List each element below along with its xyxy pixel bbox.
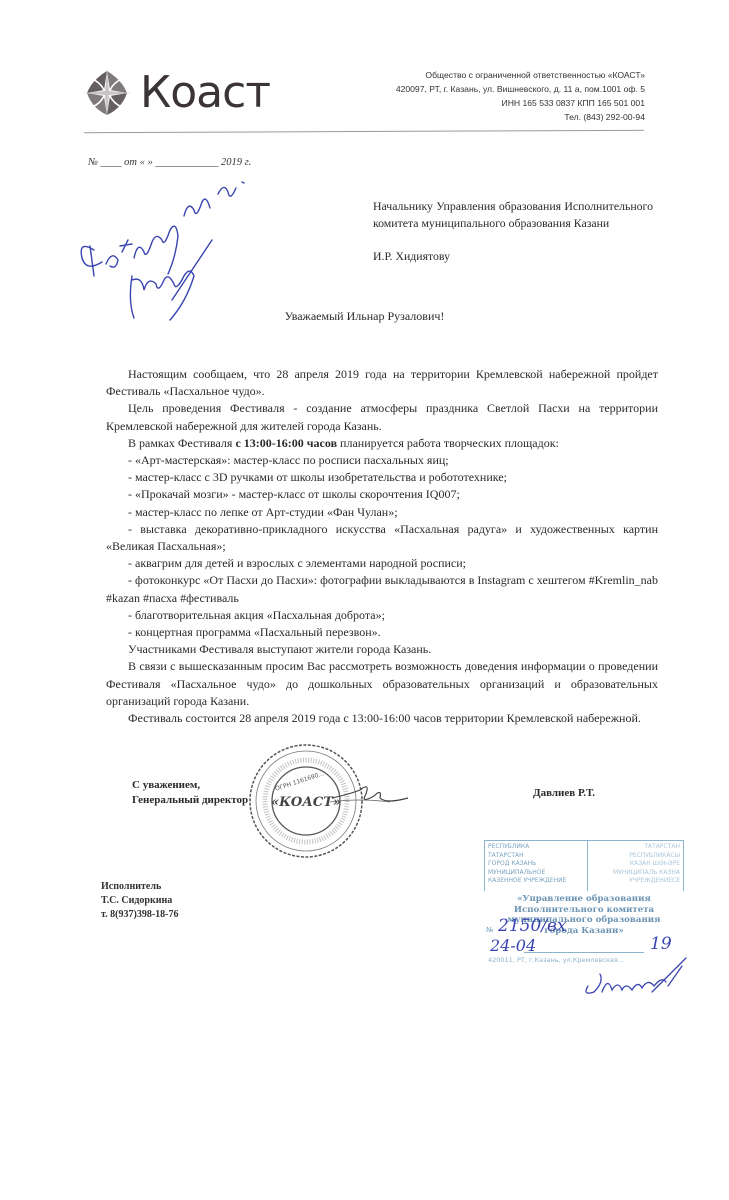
company-phone: Тел. (843) 292-00-94 — [396, 110, 645, 124]
reference-number-line: № ____ от « » ____________ 2019 г. — [88, 157, 251, 168]
addressee-position: Начальнику Управления образования Исполн… — [373, 198, 653, 232]
body-paragraph-schedule: В рамках Фестиваля с 13:00-16:00 часов п… — [106, 435, 658, 452]
body-paragraph: Цель проведения Фестиваля - создание атм… — [106, 400, 658, 434]
director-signature — [330, 780, 410, 810]
registration-stamp: РЕСПУБЛИКА ТАТАРСТАН ГОРОД КАЗАНЬ МУНИЦИ… — [484, 840, 684, 968]
company-tax-ids: ИНН 165 533 0837 КПП 165 501 001 — [396, 96, 645, 110]
list-item: - выставка декоративно-прикладного искус… — [106, 521, 658, 555]
list-item: - мастер-класс с 3D ручками от школы изо… — [106, 469, 658, 486]
stamp-left-column: РЕСПУБЛИКА ТАТАРСТАН ГОРОД КАЗАНЬ МУНИЦИ… — [485, 841, 588, 891]
company-details: Общество с ограниченной ответственностью… — [396, 68, 645, 124]
executor-name: Т.С. Сидоркина — [101, 894, 178, 908]
schedule-prefix: В рамках Фестиваля — [128, 436, 235, 450]
stamp-number-label: № — [486, 926, 493, 934]
receiver-signature-icon — [582, 952, 692, 1002]
body-paragraph: Настоящим сообщаем, что 28 апреля 2019 г… — [106, 366, 658, 400]
list-item: - «Арт-мастерская»: мастер-класс по росп… — [106, 452, 658, 469]
body-paragraph: Фестиваль состоится 28 апреля 2019 года … — [106, 710, 658, 727]
list-item: - мастер-класс по лепке от Арт-студии «Ф… — [106, 504, 658, 521]
executor-label: Исполнитель — [101, 880, 178, 894]
signer-name: Давлиев Р.Т. — [533, 787, 595, 799]
koast-diamond-logo-icon — [82, 68, 132, 118]
letterhead-divider — [84, 130, 644, 133]
body-paragraph: В связи с вышесказанным просим Вас рассм… — [106, 658, 658, 710]
addressee-block: Начальнику Управления образования Исполн… — [373, 198, 653, 265]
company-logo: Коаст — [82, 68, 270, 118]
logo-wordmark: Коаст — [140, 68, 270, 118]
schedule-suffix: планируется работа творческих площадок: — [337, 436, 559, 450]
executor-phone: т. 8(937)398-18-76 — [101, 908, 178, 922]
company-name: Общество с ограниченной ответственностью… — [396, 68, 645, 82]
company-address: 420097, РТ, г. Казань, ул. Вишневского, … — [396, 82, 645, 96]
svg-text:ОГРН 1161690...: ОГРН 1161690... — [274, 770, 325, 792]
stamp-handwritten-year: 19 — [650, 934, 672, 954]
list-item: - фотоконкурс «От Пасхи до Пасхи»: фотог… — [106, 572, 658, 606]
list-item: - «Прокачай мозги» - мастер-класс от шко… — [106, 486, 658, 503]
list-item: - концертная программа «Пасхальный перез… — [106, 624, 658, 641]
signature-scribble-icon — [330, 780, 410, 810]
handwritten-resolution-icon — [72, 180, 262, 330]
salutation: Уважаемый Ильнар Рузалович! — [0, 309, 729, 324]
signer-position: Генеральный директор — [132, 793, 248, 808]
executor-block: Исполнитель Т.С. Сидоркина т. 8(937)398-… — [101, 880, 178, 922]
stamp-handwritten-number: 2150/вх — [498, 916, 566, 936]
body-paragraph: Участниками Фестиваля выступают жители г… — [106, 641, 658, 658]
list-item: - аквагрим для детей и взрослых с элемен… — [106, 555, 658, 572]
stamp-right-column: ТАТАРСТАН РЕСПУБЛИКАСЫ КАЗАН ШӘҺӘРЕ МУНИ… — [588, 841, 683, 891]
addressee-name: И.Р. Хидиятову — [373, 248, 653, 265]
letter-body: Настоящим сообщаем, что 28 апреля 2019 г… — [106, 366, 658, 727]
handwritten-resolution — [72, 180, 262, 330]
list-item: - благотворительная акция «Пасхальная до… — [106, 607, 658, 624]
stamp-header: РЕСПУБЛИКА ТАТАРСТАН ГОРОД КАЗАНЬ МУНИЦИ… — [484, 840, 684, 891]
schedule-time: с 13:00-16:00 часов — [235, 436, 337, 450]
closing-phrase: С уважением, — [132, 778, 248, 793]
closing-block: С уважением, Генеральный директор — [132, 778, 248, 808]
